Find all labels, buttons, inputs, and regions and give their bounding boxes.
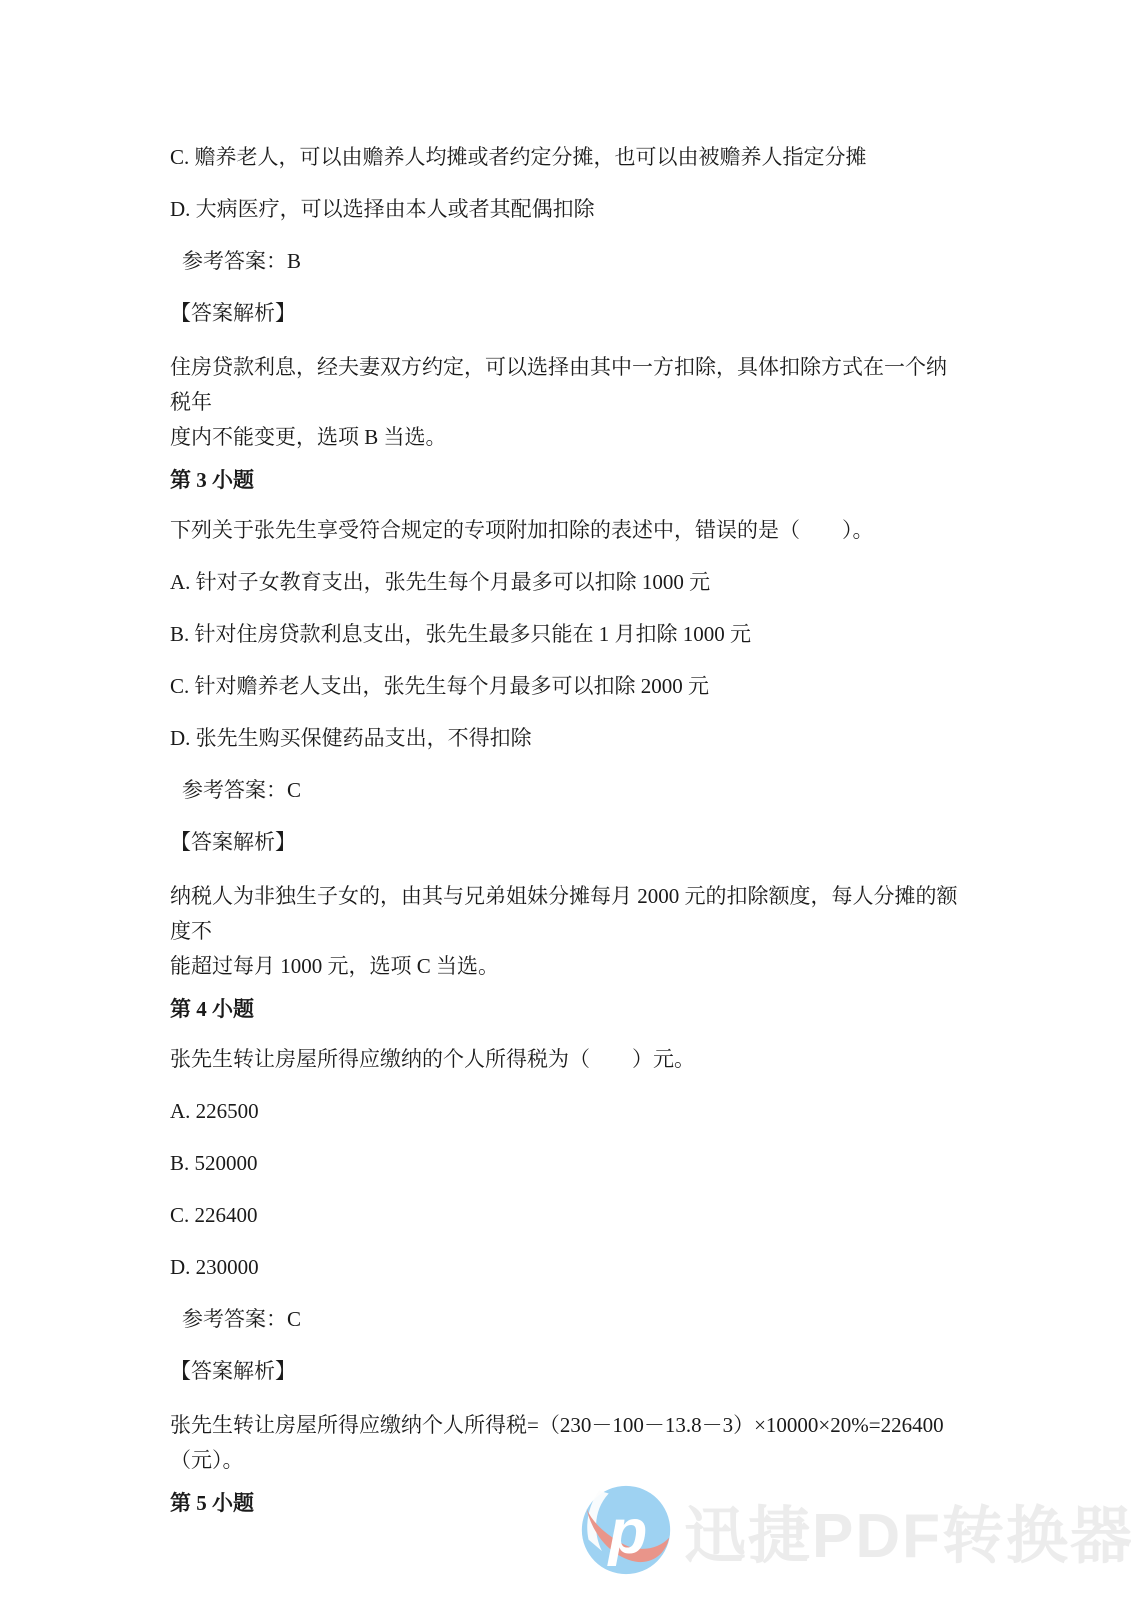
option-line-d: D. 大病医疗，可以选择由本人或者其配偶扣除 [170,194,965,224]
option-line-b: B. 520000 [170,1148,965,1178]
question-4-stem: 张先生转让房屋所得应缴纳的个人所得税为（ ）元。 [170,1044,965,1074]
analysis-paragraph: 纳税人为非独生子女的，由其与兄弟姐妹分摊每月 2000 元的扣除额度，每人分摊的… [170,879,965,984]
option-line-a: A. 226500 [170,1096,965,1126]
watermark: p 迅捷PDF转换器 [578,1482,1131,1578]
analysis-paragraph: 住房贷款利息，经夫妻双方约定，可以选择由其中一方扣除，具体扣除方式在一个纳税年 … [170,350,965,455]
question-3-stem: 下列关于张先生享受符合规定的专项附加扣除的表述中，错误的是（ ）。 [170,515,965,545]
reference-answer: 参考答案：C [170,775,965,805]
watermark-text: 迅捷PDF转换器 [684,1486,1131,1575]
option-line-c: C. 针对赡养老人支出，张先生每个月最多可以扣除 2000 元 [170,671,965,701]
question-4-heading: 第 4 小题 [170,994,965,1024]
reference-answer: 参考答案：B [170,246,965,276]
document-body: C. 赡养老人，可以由赡养人均摊或者约定分摊，也可以由被赡养人指定分摊 D. 大… [170,142,965,1538]
option-line-c: C. 226400 [170,1200,965,1230]
option-line-d: D. 张先生购买保健药品支出，不得扣除 [170,723,965,753]
analysis-label: 【答案解析】 [170,827,965,857]
option-line-b: B. 针对住房贷款利息支出，张先生最多只能在 1 月扣除 1000 元 [170,619,965,649]
option-line-a: A. 针对子女教育支出，张先生每个月最多可以扣除 1000 元 [170,567,965,597]
option-line-d: D. 230000 [170,1252,965,1282]
option-line-c: C. 赡养老人，可以由赡养人均摊或者约定分摊，也可以由被赡养人指定分摊 [170,142,965,172]
question-3-heading: 第 3 小题 [170,465,965,495]
analysis-paragraph: 张先生转让房屋所得应缴纳个人所得税=（230－100－13.8－3）×10000… [170,1408,965,1478]
svg-text:p: p [607,1497,648,1567]
pdf-converter-logo-icon: p [578,1482,674,1578]
analysis-label: 【答案解析】 [170,1356,965,1386]
analysis-label: 【答案解析】 [170,298,965,328]
reference-answer: 参考答案：C [170,1304,965,1334]
